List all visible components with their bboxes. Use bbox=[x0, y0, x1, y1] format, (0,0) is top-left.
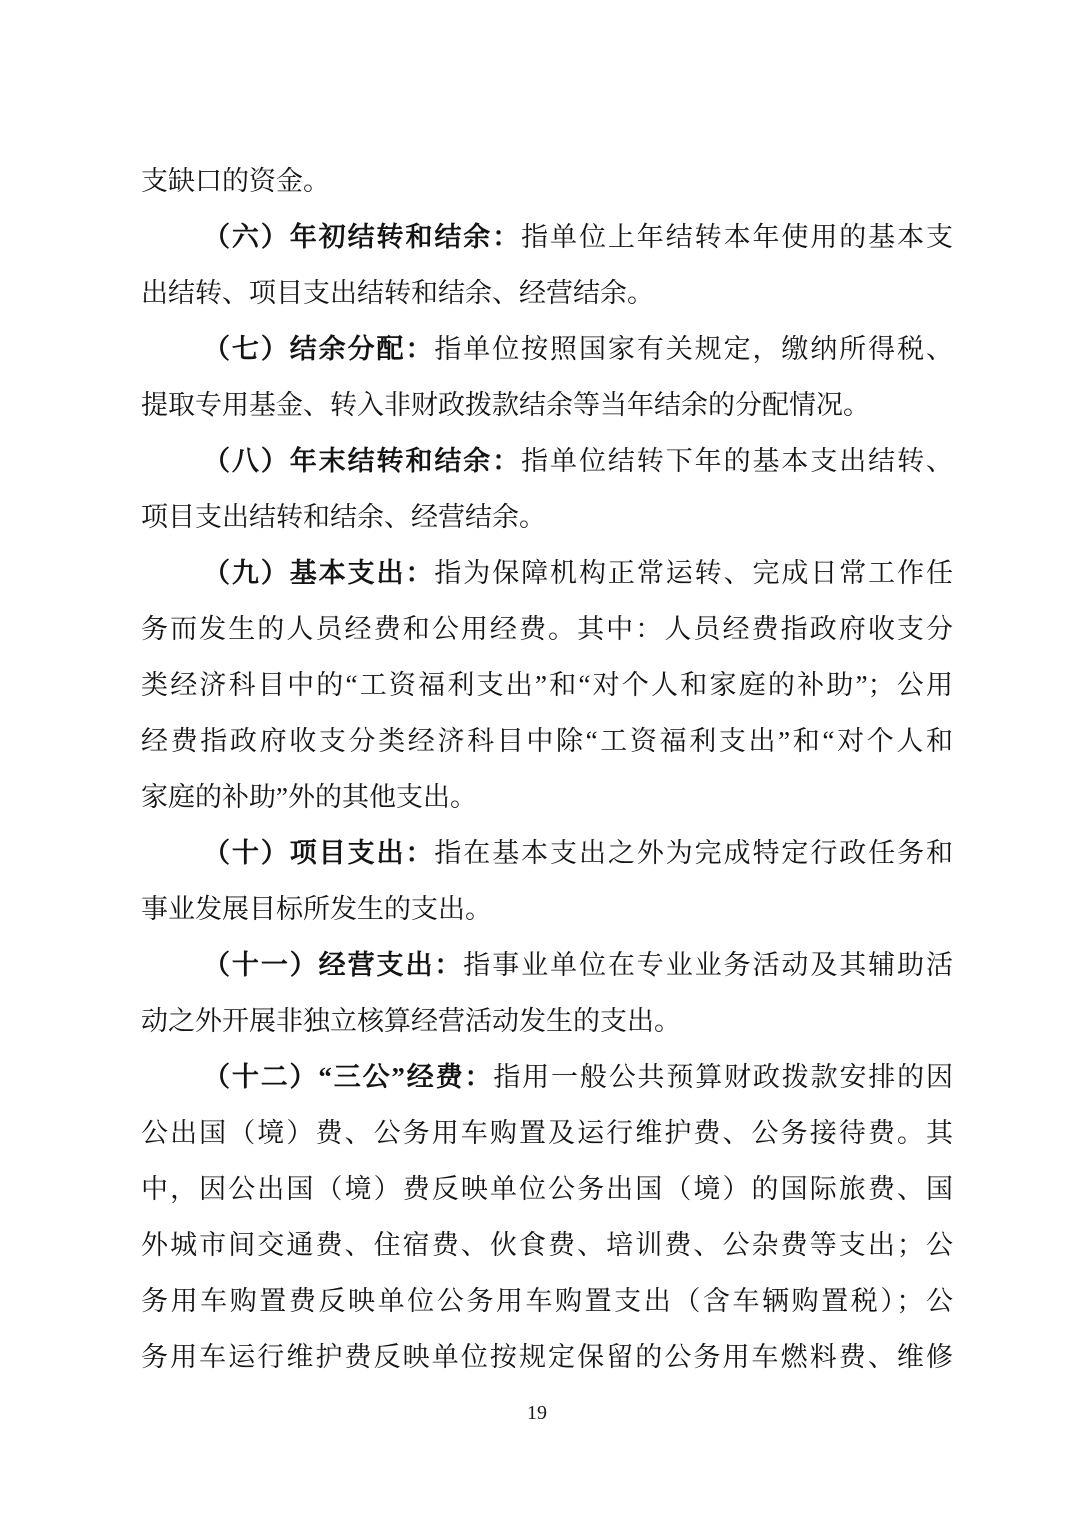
page-footer: 19 bbox=[0, 1399, 1074, 1427]
body-text-segment: 务用车运行维护费反映单位按规定保留的公务用车燃料费、维修 bbox=[141, 1342, 953, 1372]
body-text-segment: 指在基本支出之外为完成特定行政任务和 bbox=[434, 838, 953, 868]
body-text-segment: 提取专用基金、转入非财政拨款结余等当年结余的分配情况。 bbox=[141, 390, 870, 420]
body-text-segment: 外城市间交通费、住宿费、伙食费、培训费、公杂费等支出；公 bbox=[141, 1230, 953, 1260]
body-text-segment: 经费指政府收支分类经济科目中除“工资福利支出”和“对个人和 bbox=[141, 726, 953, 756]
text-line: 事业发展目标所发生的支出。 bbox=[141, 881, 953, 937]
text-line: （九）基本支出：指为保障机构正常运转、完成日常工作任 bbox=[141, 545, 953, 601]
body-text-segment: 公出国（境）费、公务用车购置及运行维护费、公务接待费。其 bbox=[141, 1118, 953, 1148]
text-line: （十）项目支出：指在基本支出之外为完成特定行政任务和 bbox=[141, 825, 953, 881]
text-line: （六）年初结转和结余：指单位上年结转本年使用的基本支 bbox=[141, 209, 953, 265]
section-heading: （十二）“三公”经费： bbox=[203, 1062, 493, 1092]
body-text-segment: 指单位结转下年的基本支出结转、 bbox=[521, 446, 953, 476]
body-text-segment: 指单位按照国家有关规定，缴纳所得税、 bbox=[434, 334, 953, 364]
text-line: 务而发生的人员经费和公用经费。其中：人员经费指政府收支分 bbox=[141, 601, 953, 657]
body-text-segment: 家庭的补助”外的其他支出。 bbox=[141, 782, 477, 812]
text-line: 中，因公出国（境）费反映单位公务出国（境）的国际旅费、国 bbox=[141, 1161, 953, 1217]
text-line: 提取专用基金、转入非财政拨款结余等当年结余的分配情况。 bbox=[141, 377, 953, 433]
body-text-segment: 类经济科目中的“工资福利支出”和“对个人和家庭的补助”；公用 bbox=[141, 670, 953, 700]
text-line: 动之外开展非独立核算经营活动发生的支出。 bbox=[141, 993, 953, 1049]
body-text-segment: 出结转、项目支出结转和结余、经营结余。 bbox=[141, 278, 654, 308]
text-line: （七）结余分配：指单位按照国家有关规定，缴纳所得税、 bbox=[141, 321, 953, 377]
body-text-segment: 指单位上年结转本年使用的基本支 bbox=[521, 222, 953, 252]
text-line: （八）年末结转和结余：指单位结转下年的基本支出结转、 bbox=[141, 433, 953, 489]
body-text-segment: 指用一般公共预算财政拨款安排的因 bbox=[493, 1062, 953, 1092]
section-heading: （九）基本支出： bbox=[203, 558, 434, 588]
body-text-segment: 动之外开展非独立核算经营活动发生的支出。 bbox=[141, 1006, 681, 1036]
body-text-segment: 支缺口的资金。 bbox=[141, 166, 330, 196]
text-line: 公出国（境）费、公务用车购置及运行维护费、公务接待费。其 bbox=[141, 1105, 953, 1161]
section-heading: （十）项目支出： bbox=[203, 838, 434, 868]
body-text-segment: 指为保障机构正常运转、完成日常工作任 bbox=[434, 558, 953, 588]
body-text-segment: 事业发展目标所发生的支出。 bbox=[141, 894, 492, 924]
text-line: 经费指政府收支分类经济科目中除“工资福利支出”和“对个人和 bbox=[141, 713, 953, 769]
document-page: 支缺口的资金。（六）年初结转和结余：指单位上年结转本年使用的基本支出结转、项目支… bbox=[0, 0, 1074, 1520]
text-line: 项目支出结转和结余、经营结余。 bbox=[141, 489, 953, 545]
section-heading: （十一）经营支出： bbox=[203, 950, 463, 980]
body-text-segment: 务用车购置费反映单位公务用车购置支出（含车辆购置税）；公 bbox=[141, 1286, 953, 1316]
text-line: 类经济科目中的“工资福利支出”和“对个人和家庭的补助”；公用 bbox=[141, 657, 953, 713]
text-line: 务用车运行维护费反映单位按规定保留的公务用车燃料费、维修 bbox=[141, 1329, 953, 1385]
text-line: （十二）“三公”经费：指用一般公共预算财政拨款安排的因 bbox=[141, 1049, 953, 1105]
text-line: 出结转、项目支出结转和结余、经营结余。 bbox=[141, 265, 953, 321]
body-text-segment: 指事业单位在专业业务活动及其辅助活 bbox=[463, 950, 953, 980]
text-line: 家庭的补助”外的其他支出。 bbox=[141, 769, 953, 825]
body-text-segment: 务而发生的人员经费和公用经费。其中：人员经费指政府收支分 bbox=[141, 614, 953, 644]
body-text-segment: 项目支出结转和结余、经营结余。 bbox=[141, 502, 546, 532]
section-heading: （六）年初结转和结余： bbox=[203, 222, 521, 252]
text-line: 外城市间交通费、住宿费、伙食费、培训费、公杂费等支出；公 bbox=[141, 1217, 953, 1273]
text-line: 务用车购置费反映单位公务用车购置支出（含车辆购置税）；公 bbox=[141, 1273, 953, 1329]
section-heading: （七）结余分配： bbox=[203, 334, 434, 364]
section-heading: （八）年末结转和结余： bbox=[203, 446, 521, 476]
text-line: （十一）经营支出：指事业单位在专业业务活动及其辅助活 bbox=[141, 937, 953, 993]
text-line: 支缺口的资金。 bbox=[141, 153, 953, 209]
body-text: 支缺口的资金。（六）年初结转和结余：指单位上年结转本年使用的基本支出结转、项目支… bbox=[141, 153, 953, 1385]
page-number: 19 bbox=[527, 1399, 547, 1427]
body-text-segment: 中，因公出国（境）费反映单位公务出国（境）的国际旅费、国 bbox=[141, 1174, 953, 1204]
